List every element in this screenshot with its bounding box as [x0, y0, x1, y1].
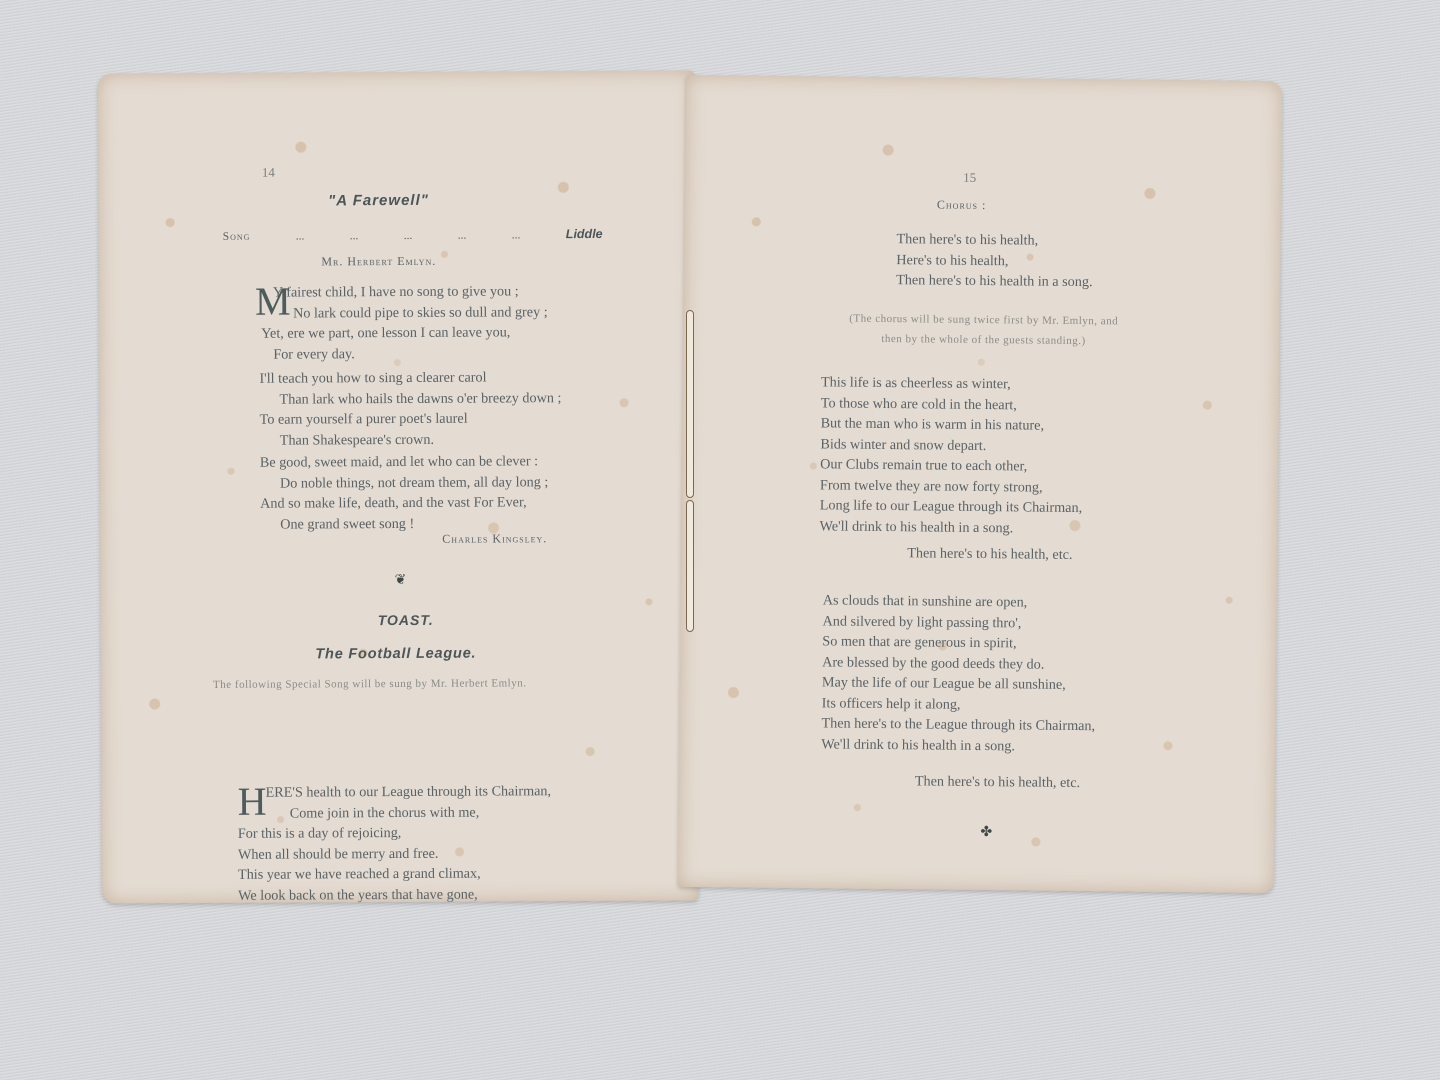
- page-number: 15: [963, 170, 976, 186]
- verse-line: Than Shakespeare's crown.: [260, 429, 562, 451]
- refrain-2: Then here's to his health, etc.: [915, 771, 1080, 793]
- toast-heading: TOAST.: [101, 610, 699, 629]
- verse-line: Then here's to the League through its Ch…: [821, 713, 1095, 736]
- left-page: 14 "A Farewell" Song ... ... ... ... ...…: [98, 70, 698, 903]
- song-title: "A Farewell": [98, 191, 658, 211]
- leader-dots: ...: [458, 230, 467, 242]
- verse-line: Do noble things, not dream them, all day…: [260, 472, 548, 494]
- refrain-1: Then here's to his health, etc.: [907, 543, 1072, 565]
- performer-name: Mr. Herbert Emlyn.: [99, 253, 659, 271]
- song-stanza-2: I'll teach you how to sing a clearer car…: [259, 367, 561, 451]
- composer-name: Liddle: [566, 227, 603, 241]
- drop-cap: H: [238, 783, 267, 821]
- leader-dots: ...: [296, 230, 305, 242]
- verse-line: We'll drink to his health in a song.: [821, 734, 1095, 757]
- song-stanza-1: M Y fairest child, I have no song to giv…: [255, 280, 698, 365]
- verse-line: And so make life, death, and the vast Fo…: [260, 492, 548, 514]
- verse-line: Come join in the chorus with me,: [238, 800, 699, 824]
- chorus-instruction: (The chorus will be sung twice first by …: [803, 308, 1163, 352]
- verse-line: From twelve they are now forty strong,: [820, 475, 1083, 498]
- verse-line: Are blessed by the good deeds they do.: [822, 652, 1096, 675]
- song-verse-3: As clouds that in sunshine are open, And…: [821, 590, 1096, 757]
- leader-dots: ...: [512, 229, 521, 241]
- binding-stitches: [676, 300, 704, 630]
- thread-stitch-icon: [686, 500, 694, 632]
- verse-line: I give you The League through its Chairm…: [238, 903, 698, 904]
- chorus-label: Chorus :: [937, 198, 987, 214]
- verse-line: Be good, sweet maid, and let who can be …: [260, 451, 548, 473]
- verse-line: To earn yourself a purer poet's laurel: [260, 408, 562, 430]
- chorus-verse: Then here's to his health, Here's to his…: [896, 229, 1093, 293]
- verse-line: Bids winter and snow depart.: [820, 434, 1083, 457]
- verse-line: This year we have reached a grand climax…: [238, 862, 698, 886]
- verse-line: When all should be merry and free.: [238, 841, 698, 865]
- verse-line: We'll drink to his health in a song.: [819, 516, 1082, 539]
- verse-line: So men that are generous in spirit,: [822, 631, 1096, 654]
- drop-cap: M: [255, 283, 291, 321]
- verse-line: But the man who is warm in his nature,: [821, 413, 1084, 436]
- toast-note: The following Special Song will be sung …: [213, 677, 526, 691]
- page-number: 14: [98, 164, 438, 182]
- fleuron-ornament-icon: ❦: [100, 570, 698, 590]
- verse-line: Our Clubs remain true to each other,: [820, 454, 1083, 477]
- verse-line: Than lark who hails the dawns o'er breez…: [259, 388, 561, 410]
- right-page: 15 Chorus : Then here's to his health, H…: [678, 75, 1282, 893]
- verse-line: As clouds that in sunshine are open,: [823, 590, 1097, 613]
- verse-line: This life is as cheerless as winter,: [821, 372, 1084, 395]
- verse-line: I'll teach you how to sing a clearer car…: [259, 367, 561, 389]
- verse-line: For this is a day of rejoicing,: [238, 821, 698, 845]
- verse-line: May the life of our League be all sunshi…: [822, 672, 1096, 695]
- song-stanza-3: Be good, sweet maid, and let who can be …: [260, 451, 549, 535]
- verse-line: Long life to our League through its Chai…: [820, 495, 1083, 518]
- verse-line: Its officers help it along,: [822, 693, 1096, 716]
- song-credits-row: Song ... ... ... ... ... Liddle: [223, 227, 603, 243]
- verse-line: We look back on the years that have gone…: [238, 882, 698, 903]
- thread-stitch-icon: [686, 310, 694, 498]
- verse-line: Then here's to his health,: [896, 229, 1093, 252]
- toast-subject: The Football League.: [101, 644, 691, 663]
- end-ornament-icon: ✤: [980, 824, 992, 841]
- author-credit: Charles Kingsley.: [442, 531, 547, 547]
- verse-line: Here's to his health,: [896, 250, 1093, 273]
- leader-dots: ...: [350, 230, 359, 242]
- verse-line: Then here's to his health in a song.: [896, 270, 1093, 293]
- verse-line: For every day.: [255, 341, 698, 365]
- leader-dots: ...: [404, 230, 413, 242]
- song-verse-2: This life is as cheerless as winter, To …: [819, 372, 1083, 539]
- note-line: then by the whole of the guests standing…: [803, 328, 1163, 352]
- verse-line: No lark could pipe to skies so dull and …: [255, 300, 698, 324]
- league-song-verse: H ERE'S health to our League through its…: [238, 780, 699, 904]
- verse-line: Y fairest child, I have no song to give …: [255, 280, 698, 304]
- note-line: (The chorus will be sung twice first by …: [804, 308, 1164, 332]
- verse-line: And silvered by light passing thro',: [822, 611, 1096, 634]
- verse-line: Yet, ere we part, one lesson I can leave…: [255, 321, 698, 345]
- verse-line: To those who are cold in the heart,: [821, 393, 1084, 416]
- song-type-label: Song: [223, 231, 251, 243]
- verse-line: ERE'S health to our League through its C…: [238, 780, 699, 804]
